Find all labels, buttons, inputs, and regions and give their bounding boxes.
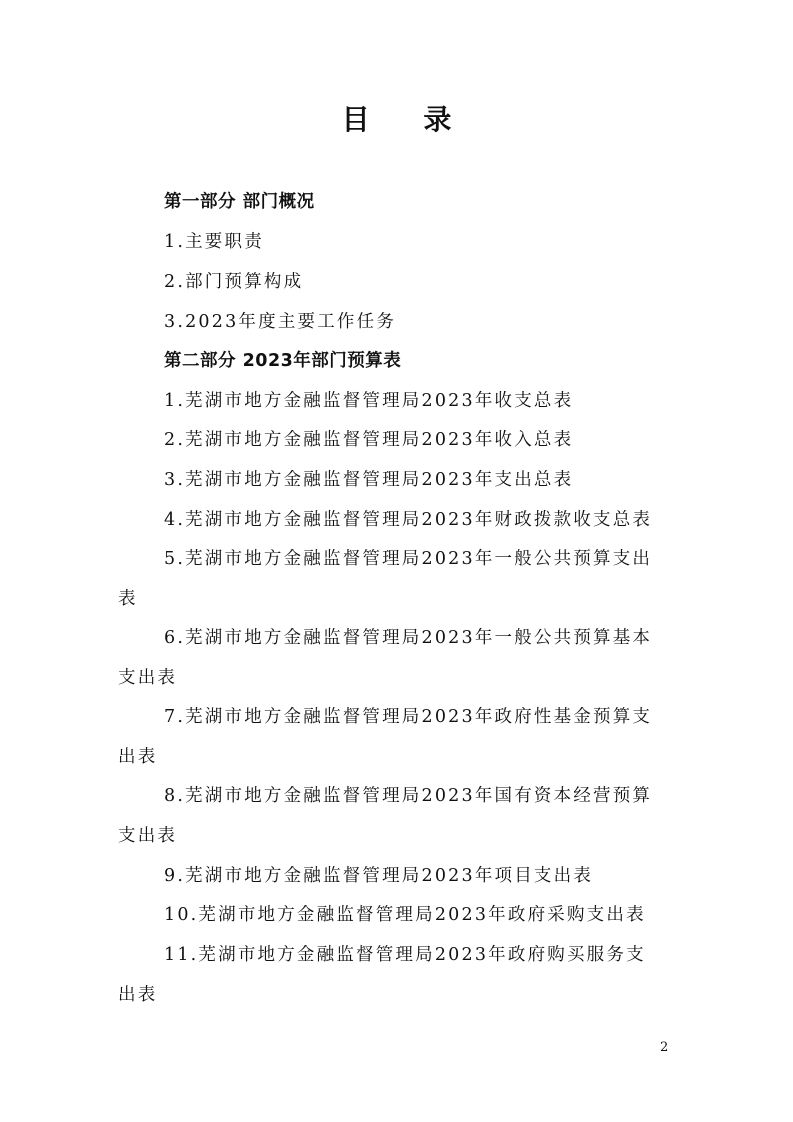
toc-item-continuation: 出表 [118,746,157,768]
toc-item-continuation: 支出表 [118,667,177,689]
toc-item: 11.芜湖市地方金融监督管理局2023年政府购买服务支 [164,944,646,966]
document-page: 目 录 第一部分 部门概况 1.主要职责 2.部门预算构成 3.2023年度主要… [0,0,793,1122]
toc-item: 1.主要职责 [164,231,264,253]
part2-heading: 第二部分 2023年部门预算表 [164,350,401,372]
toc-item: 1.芜湖市地方金融监督管理局2023年收支总表 [164,390,573,412]
part1-heading: 第一部分 部门概况 [164,191,315,213]
toc-item: 8.芜湖市地方金融监督管理局2023年国有资本经营预算 [164,785,652,807]
toc-item: 6.芜湖市地方金融监督管理局2023年一般公共预算基本 [164,627,652,649]
toc-item: 2.部门预算构成 [164,271,303,293]
toc-item-continuation: 支出表 [118,825,177,847]
toc-item: 9.芜湖市地方金融监督管理局2023年项目支出表 [164,865,593,887]
toc-item-continuation: 表 [118,588,138,610]
toc-item: 5.芜湖市地方金融监督管理局2023年一般公共预算支出 [164,548,652,570]
toc-item: 2.芜湖市地方金融监督管理局2023年收入总表 [164,429,573,451]
toc-item: 3.2023年度主要工作任务 [164,311,396,333]
toc-item: 4.芜湖市地方金融监督管理局2023年财政拨款收支总表 [164,509,652,531]
page-title: 目 录 [0,98,793,138]
page-number: 2 [660,1040,668,1055]
toc-item-continuation: 出表 [118,984,157,1006]
toc-item: 7.芜湖市地方金融监督管理局2023年政府性基金预算支 [164,706,652,728]
toc-item: 10.芜湖市地方金融监督管理局2023年政府采购支出表 [164,904,646,926]
toc-item: 3.芜湖市地方金融监督管理局2023年支出总表 [164,469,573,491]
